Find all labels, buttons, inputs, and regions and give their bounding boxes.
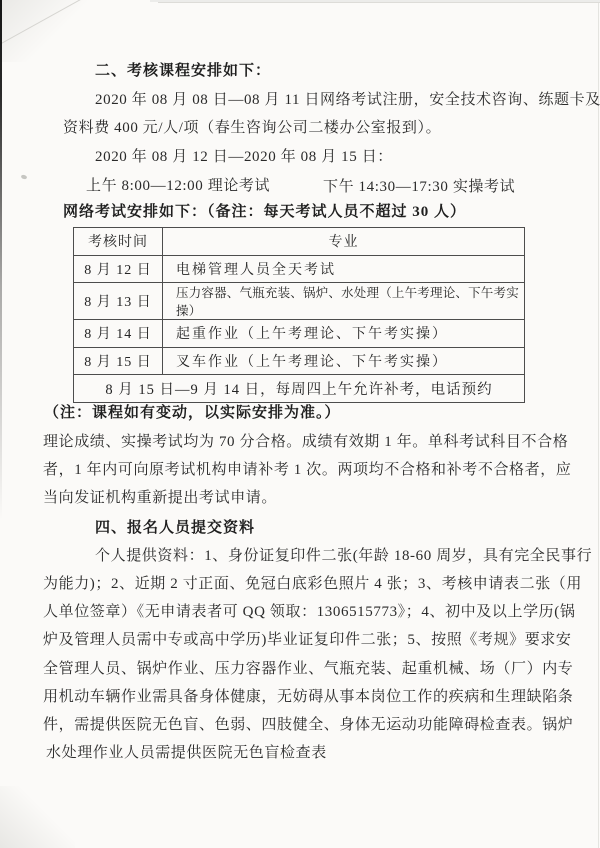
registration-line-2: 资料费 400 元/人/项（春生咨询公司二楼办公室报到）。 [63,119,441,137]
makeup-exam-row: 8 月 15 日—9 月 14 日，每周四上午允许补考，电话预约 [74,375,525,403]
table-cell-subject: 电梯管理人员全天考试 [163,255,525,283]
materials-line-1: 个人提供资料：1、身份证复印件二张(年龄 18-60 周岁，具有完全民事行 [95,547,592,565]
top-edge-scan-line [158,2,600,3]
ink-speck [21,174,28,180]
grading-line-3: 当向发证机构重新提出考试申请。 [43,489,277,507]
materials-line-3: 人单位签章）《无申请表者可 QQ 领取：1306515773》；4、初中及以上学… [43,603,575,621]
table-cell-date: 8 月 14 日 [74,320,163,348]
exam-schedule-table: 考核时间 专业 8 月 12 日 电梯管理人员全天考试 8 月 13 日 压力容… [73,227,525,403]
table-cell-date: 8 月 15 日 [74,347,163,375]
grading-line-1: 理论成绩、实操考试均为 70 分合格。成绩有效期 1 年。单科考试科目不合格 [43,433,568,451]
table-intro-line: 网络考试安排如下：（备注：每天考试人员不超过 30 人） [63,203,466,221]
table-header-row: 考核时间 专业 [74,228,525,256]
makeup-exam-text: 8 月 15 日—9 月 14 日，每周四上午允许补考，电话预约 [74,375,525,403]
materials-line-4: 炉及管理人员需中专或高中学历)毕业证复印件二张；5、按照《考规》要求安 [43,631,572,649]
table-cell-subject: 起重作业（上午考理论、下午考实操） [163,320,525,348]
table-row: 8 月 12 日 电梯管理人员全天考试 [74,255,525,283]
materials-line-2: 为能力)；2、近期 2 寸正面、免冠白底彩色照片 4 张；3、考核申请表二张（用 [43,575,582,593]
materials-line-6: 用机动车辆作业需具备身体健康，无妨碍从事本岗位工作的疾病和生理缺陷条 [43,688,573,706]
materials-line-8: 水处理作业人员需提供医院无色盲检查表 [46,744,327,762]
grading-line-2: 者，1 年内可向原考试机构申请补考 1 次。两项均不合格和补考不合格者，应 [43,461,571,479]
top-left-corner-shade [0,0,95,62]
table-cell-date: 8 月 12 日 [74,255,163,283]
materials-line-5: 全管理人员、锅炉作业、压力容器作业、气瓶充装、起重机械、场（厂）内专 [43,660,573,678]
bottom-left-corner-shade [0,786,75,848]
table-cell-subject: 压力容器、气瓶充装、锅炉、水处理（上午考理论、下午考实操） [163,283,525,320]
left-edge-scan-shadow [0,0,2,520]
table-row: 8 月 13 日 压力容器、气瓶充装、锅炉、水处理（上午考理论、下午考实操） [74,283,525,320]
materials-line-7: 件，需提供医院无色盲、色弱、四肢健全、身体无运动功能障碍检查表。锅炉 [43,716,573,734]
scanned-document-page: 二、考核课程安排如下： 2020 年 08 月 08 日—08 月 11 日网络… [0,0,600,848]
table-row: 8 月 14 日 起重作业（上午考理论、下午考实操） [74,320,525,348]
exam-date-range: 2020 年 08 月 12 日—2020 年 08 月 15 日： [95,148,393,166]
table-cell-subject: 叉车作业（上午考理论、下午考实操） [163,347,525,375]
right-edge-scan-line [598,0,599,848]
table-header-subject: 专业 [163,228,525,256]
schedule-note: （注：课程如有变动，以实际安排为准。） [44,404,341,422]
section-4-heading: 四、报名人员提交资料 [95,519,255,537]
registration-line-1: 2020 年 08 月 08 日—08 月 11 日网络考试注册，安全技术咨询、… [95,91,600,109]
morning-session-text: 上午 8:00—12:00 理论考试 [86,177,270,195]
table-header-time: 考核时间 [74,228,163,256]
afternoon-session-text: 下午 14:30—17:30 实操考试 [323,178,515,196]
section-2-heading: 二、考核课程安排如下： [95,62,271,80]
table-cell-date: 8 月 13 日 [74,283,163,320]
table-row: 8 月 15 日 叉车作业（上午考理论、下午考实操） [74,347,525,375]
